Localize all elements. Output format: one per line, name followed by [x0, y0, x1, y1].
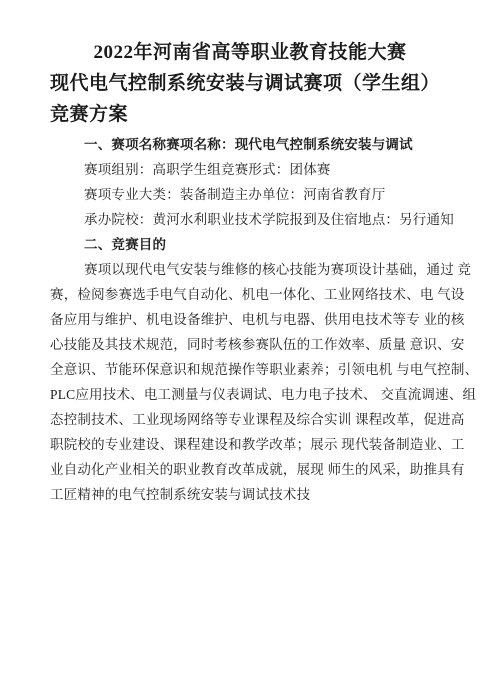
document-page: 2022年河南省高等职业教育技能大赛 现代电气控制系统安装与调试赛项（学生组） …: [0, 0, 500, 683]
document-title: 2022年河南省高等职业教育技能大赛 现代电气控制系统安装与调试赛项（学生组） …: [50, 37, 450, 130]
title-line-3: 竞赛方案: [50, 99, 450, 130]
document-body: 一、赛项名称赛项名称：现代电气控制系统安装与调试 赛项组别：高职学生组竞赛形式：…: [50, 132, 450, 507]
paragraph-line: 全意识、节能环保意识和规范操作等职业素养；引领电机 与电气控制、: [50, 357, 450, 382]
paragraph-line: 赛项以现代电气安装与维修的核心技能为赛项设计基础，通过 竞: [50, 257, 450, 282]
paragraph-line: 职院校的专业建设、课程建设和教学改革；展示 现代装备制造业、工: [50, 432, 450, 457]
info-line-group: 赛项组别：高职学生组竞赛形式：团体赛: [50, 157, 450, 182]
paragraph-line: 赛，检阅参赛选手电气自动化、机电一体化、工业网络技术、电 气设: [50, 282, 450, 307]
section-1-heading: 一、赛项名称赛项名称：现代电气控制系统安装与调试: [50, 132, 450, 157]
info-line-host: 承办院校：黄河水利职业技术学院报到及住宿地点：另行通知: [50, 207, 450, 232]
paragraph-line: 备应用与维护、机电设备维护、电机与电器、供用电技术等专 业的核: [50, 307, 450, 332]
title-line-2: 现代电气控制系统安装与调试赛项（学生组）: [50, 68, 450, 99]
document-content: 2022年河南省高等职业教育技能大赛 现代电气控制系统安装与调试赛项（学生组） …: [0, 0, 500, 507]
paragraph-line: 心技能及其技术规范，同时考核参赛队伍的工作效率、质量 意识、安: [50, 332, 450, 357]
section-2-heading: 二、竞赛目的: [50, 232, 450, 257]
title-line-1: 2022年河南省高等职业教育技能大赛: [50, 37, 450, 68]
paragraph-line: 态控制技术、工业现场网络等专业课程及综合实训 课程改革，促进高: [50, 407, 450, 432]
paragraph-line: PLC应用技术、电工测量与仪表调试、电力电子技术、 交直流调速、组: [50, 382, 450, 407]
paragraph-line: 业自动化产业相关的职业教育改革成就，展现 师生的风采，助推具有: [50, 457, 450, 482]
paragraph-line: 工匠精神的电气控制系统安装与调试技术技: [50, 482, 450, 507]
info-line-format: 赛项专业大类：装备制造主办单位：河南省教育厅: [50, 182, 450, 207]
